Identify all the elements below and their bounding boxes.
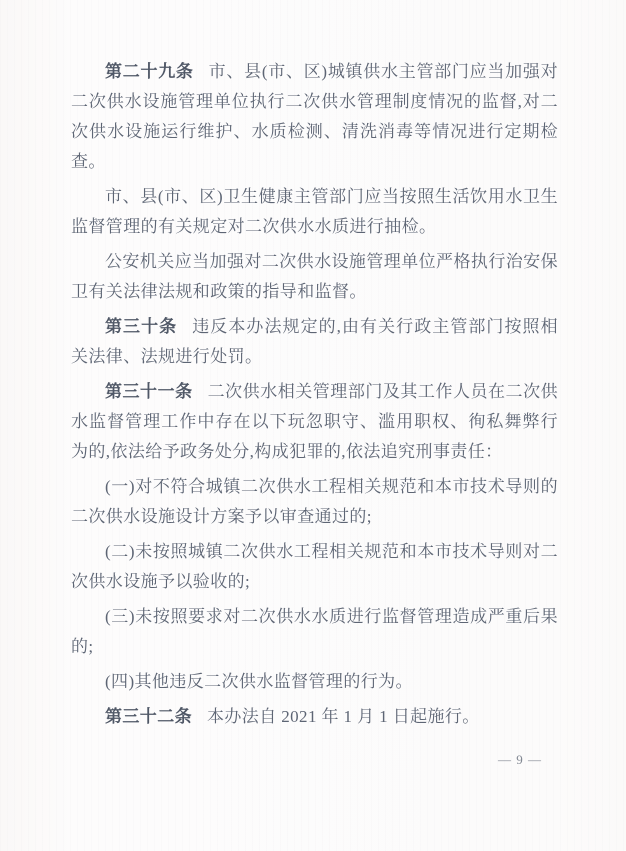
scanned-document-page: 第二十九条市、县(市、区)城镇供水主管部门应当加强对二次供水设施管理单位执行二次… (0, 0, 626, 851)
clause-list-item: (二)未按照城镇二次供水工程相关规范和本市技术导则对二次供水设施予以验收的; (71, 537, 558, 597)
clause-number: 第二十九条 (105, 62, 194, 81)
clause-text: (二)未按照城镇二次供水工程相关规范和本市技术导则对二次供水设施予以验收的; (71, 542, 558, 591)
clause-text: 公安机关应当加强对二次供水设施管理单位严格执行治安保卫有关法律法规和政策的指导和… (71, 252, 558, 301)
clause-number: 第三十条 (105, 317, 177, 336)
clause-text: 本办法自 2021 年 1 月 1 日起施行。 (207, 707, 480, 726)
clause-paragraph: 第二十九条市、县(市、区)城镇供水主管部门应当加强对二次供水设施管理单位执行二次… (71, 57, 558, 177)
clause-paragraph: 第三十一条二次供水相关管理部门及其工作人员在二次供水监督管理工作中存在以下玩忽职… (71, 377, 558, 467)
document-text-block: 第二十九条市、县(市、区)城镇供水主管部门应当加强对二次供水设施管理单位执行二次… (71, 57, 558, 737)
clause-paragraph: 市、县(市、区)卫生健康主管部门应当按照生活饮用水卫生监督管理的有关规定对二次供… (71, 182, 558, 242)
clause-text: (四)其他违反二次供水监督管理的行为。 (105, 672, 413, 691)
clause-text: (一)对不符合城镇二次供水工程相关规范和本市技术导则的二次供水设施设计方案予以审… (71, 477, 558, 526)
clause-list-item: (一)对不符合城镇二次供水工程相关规范和本市技术导则的二次供水设施设计方案予以审… (71, 472, 558, 532)
clause-paragraph: 公安机关应当加强对二次供水设施管理单位严格执行治安保卫有关法律法规和政策的指导和… (71, 247, 558, 307)
clause-list-item: (四)其他违反二次供水监督管理的行为。 (71, 667, 558, 697)
clause-list-item: (三)未按照要求对二次供水水质进行监督管理造成严重后果的; (71, 602, 558, 662)
clause-number: 第三十一条 (105, 382, 193, 401)
clause-paragraph: 第三十条违反本办法规定的,由有关行政主管部门按照相关法律、法规进行处罚。 (71, 312, 558, 372)
clause-number: 第三十二条 (105, 707, 192, 726)
clause-text: (三)未按照要求对二次供水水质进行监督管理造成严重后果的; (71, 607, 558, 656)
clause-paragraph: 第三十二条本办法自 2021 年 1 月 1 日起施行。 (71, 702, 558, 732)
page-number-footer: — 9 — (470, 752, 570, 768)
clause-text: 市、县(市、区)卫生健康主管部门应当按照生活饮用水卫生监督管理的有关规定对二次供… (71, 187, 558, 236)
